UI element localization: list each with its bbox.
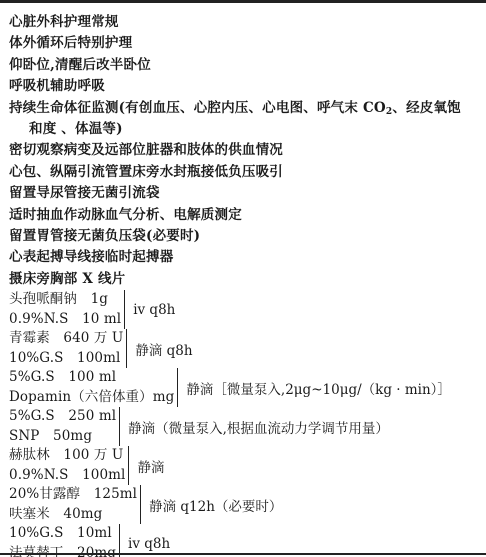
drug-line: Dopamin（六倍体重）mg xyxy=(9,388,174,408)
prescription-route: 静滴 q12h（必要时） xyxy=(141,495,282,515)
prescription-drugs: 5%G.S 100 ml Dopamin（六倍体重）mg xyxy=(9,368,178,407)
prescription-block: 青霉素 640 万 U 10%G.S 100ml 静滴 q8h xyxy=(9,329,479,368)
order-line: 仰卧位,清醒后改半卧位 xyxy=(9,55,479,76)
monitoring-text-tail: 、经皮氧饱 xyxy=(392,100,461,116)
drug-line: 10%G.S 10ml xyxy=(9,524,116,544)
order-line: 呼吸机辅助呼吸 xyxy=(9,76,479,97)
order-line: 心脏外科护理常规 xyxy=(9,12,479,33)
prescription-route: 静滴（微量泵入,根据血流动力学调节用量） xyxy=(120,417,389,437)
drug-line: 10%G.S 100ml xyxy=(9,349,123,369)
drug-line: 0.9%N.S 100ml xyxy=(9,466,125,486)
prescription-route: 静滴［微量泵入,2μg~10μg/（kg · min）］ xyxy=(178,378,451,398)
prescription-block: 5%G.S 100 ml Dopamin（六倍体重）mg 静滴［微量泵入,2μg… xyxy=(9,368,479,407)
prescription-route: 静滴 q8h xyxy=(127,339,192,359)
order-line: 心表起搏导线接临时起搏器 xyxy=(9,247,479,268)
drug-line: 赫肽林 100 万 U xyxy=(9,446,125,466)
nursing-orders-document: 心脏外科护理常规 体外循环后特别护理 仰卧位,清醒后改半卧位 呼吸机辅助呼吸 持… xyxy=(9,12,479,557)
order-line: 留置胃管接无菌负压袋(必要时) xyxy=(9,226,479,247)
prescription-block: 头孢哌酮钠 1g 0.9%N.S 10 ml iv q8h xyxy=(9,290,479,329)
bottom-rule xyxy=(0,553,486,555)
drug-line: 青霉素 640 万 U xyxy=(9,329,123,349)
order-line-monitoring: 持续生命体征监测(有创血压、心腔内压、心电图、呼气末 CO2、经皮氧饱 xyxy=(9,98,479,119)
prescription-route: iv q8h xyxy=(120,536,170,552)
order-line-continuation: 和度 、体温等) xyxy=(9,119,479,140)
prescription-drugs: 赫肽林 100 万 U 0.9%N.S 100ml xyxy=(9,446,129,485)
drug-line: SNP 50mg xyxy=(9,427,116,447)
drug-line: 0.9%N.S 10 ml xyxy=(9,310,121,330)
prescription-block: 20%甘露醇 125ml 呋塞米 40mg 静滴 q12h（必要时） xyxy=(9,485,479,524)
order-line: 体外循环后特别护理 xyxy=(9,33,479,54)
drug-line: 5%G.S 250 ml xyxy=(9,407,116,427)
top-rule xyxy=(0,0,486,3)
prescription-drugs: 20%甘露醇 125ml 呋塞米 40mg xyxy=(9,485,141,524)
monitoring-text: 持续生命体征监测(有创血压、心腔内压、心电图、呼气末 CO xyxy=(9,100,386,116)
prescription-route: iv q8h xyxy=(125,302,175,318)
prescription-block: 5%G.S 250 ml SNP 50mg 静滴（微量泵入,根据血流动力学调节用… xyxy=(9,407,479,446)
drug-line: 20%甘露醇 125ml xyxy=(9,485,137,505)
order-line: 适时抽血作动脉血气分析、电解质测定 xyxy=(9,205,479,226)
prescription-block: 赫肽林 100 万 U 0.9%N.S 100ml 静滴 xyxy=(9,446,479,485)
drug-line: 5%G.S 100 ml xyxy=(9,368,174,388)
prescription-route: 静滴 xyxy=(129,456,164,476)
drug-line: 呋塞米 40mg xyxy=(9,505,137,525)
prescription-drugs: 5%G.S 250 ml SNP 50mg xyxy=(9,407,120,446)
prescription-drugs: 头孢哌酮钠 1g 0.9%N.S 10 ml xyxy=(9,290,125,329)
order-line: 留置导尿管接无菌引流袋 xyxy=(9,183,479,204)
prescription-drugs: 青霉素 640 万 U 10%G.S 100ml xyxy=(9,329,127,368)
order-line: 摄床旁胸部 X 线片 xyxy=(9,269,479,290)
order-line: 密切观察病变及远部位脏器和肢体的供血情况 xyxy=(9,140,479,161)
drug-line: 头孢哌酮钠 1g xyxy=(9,290,121,310)
order-line: 心包、纵隔引流管置床旁水封瓶接低负压吸引 xyxy=(9,162,479,183)
